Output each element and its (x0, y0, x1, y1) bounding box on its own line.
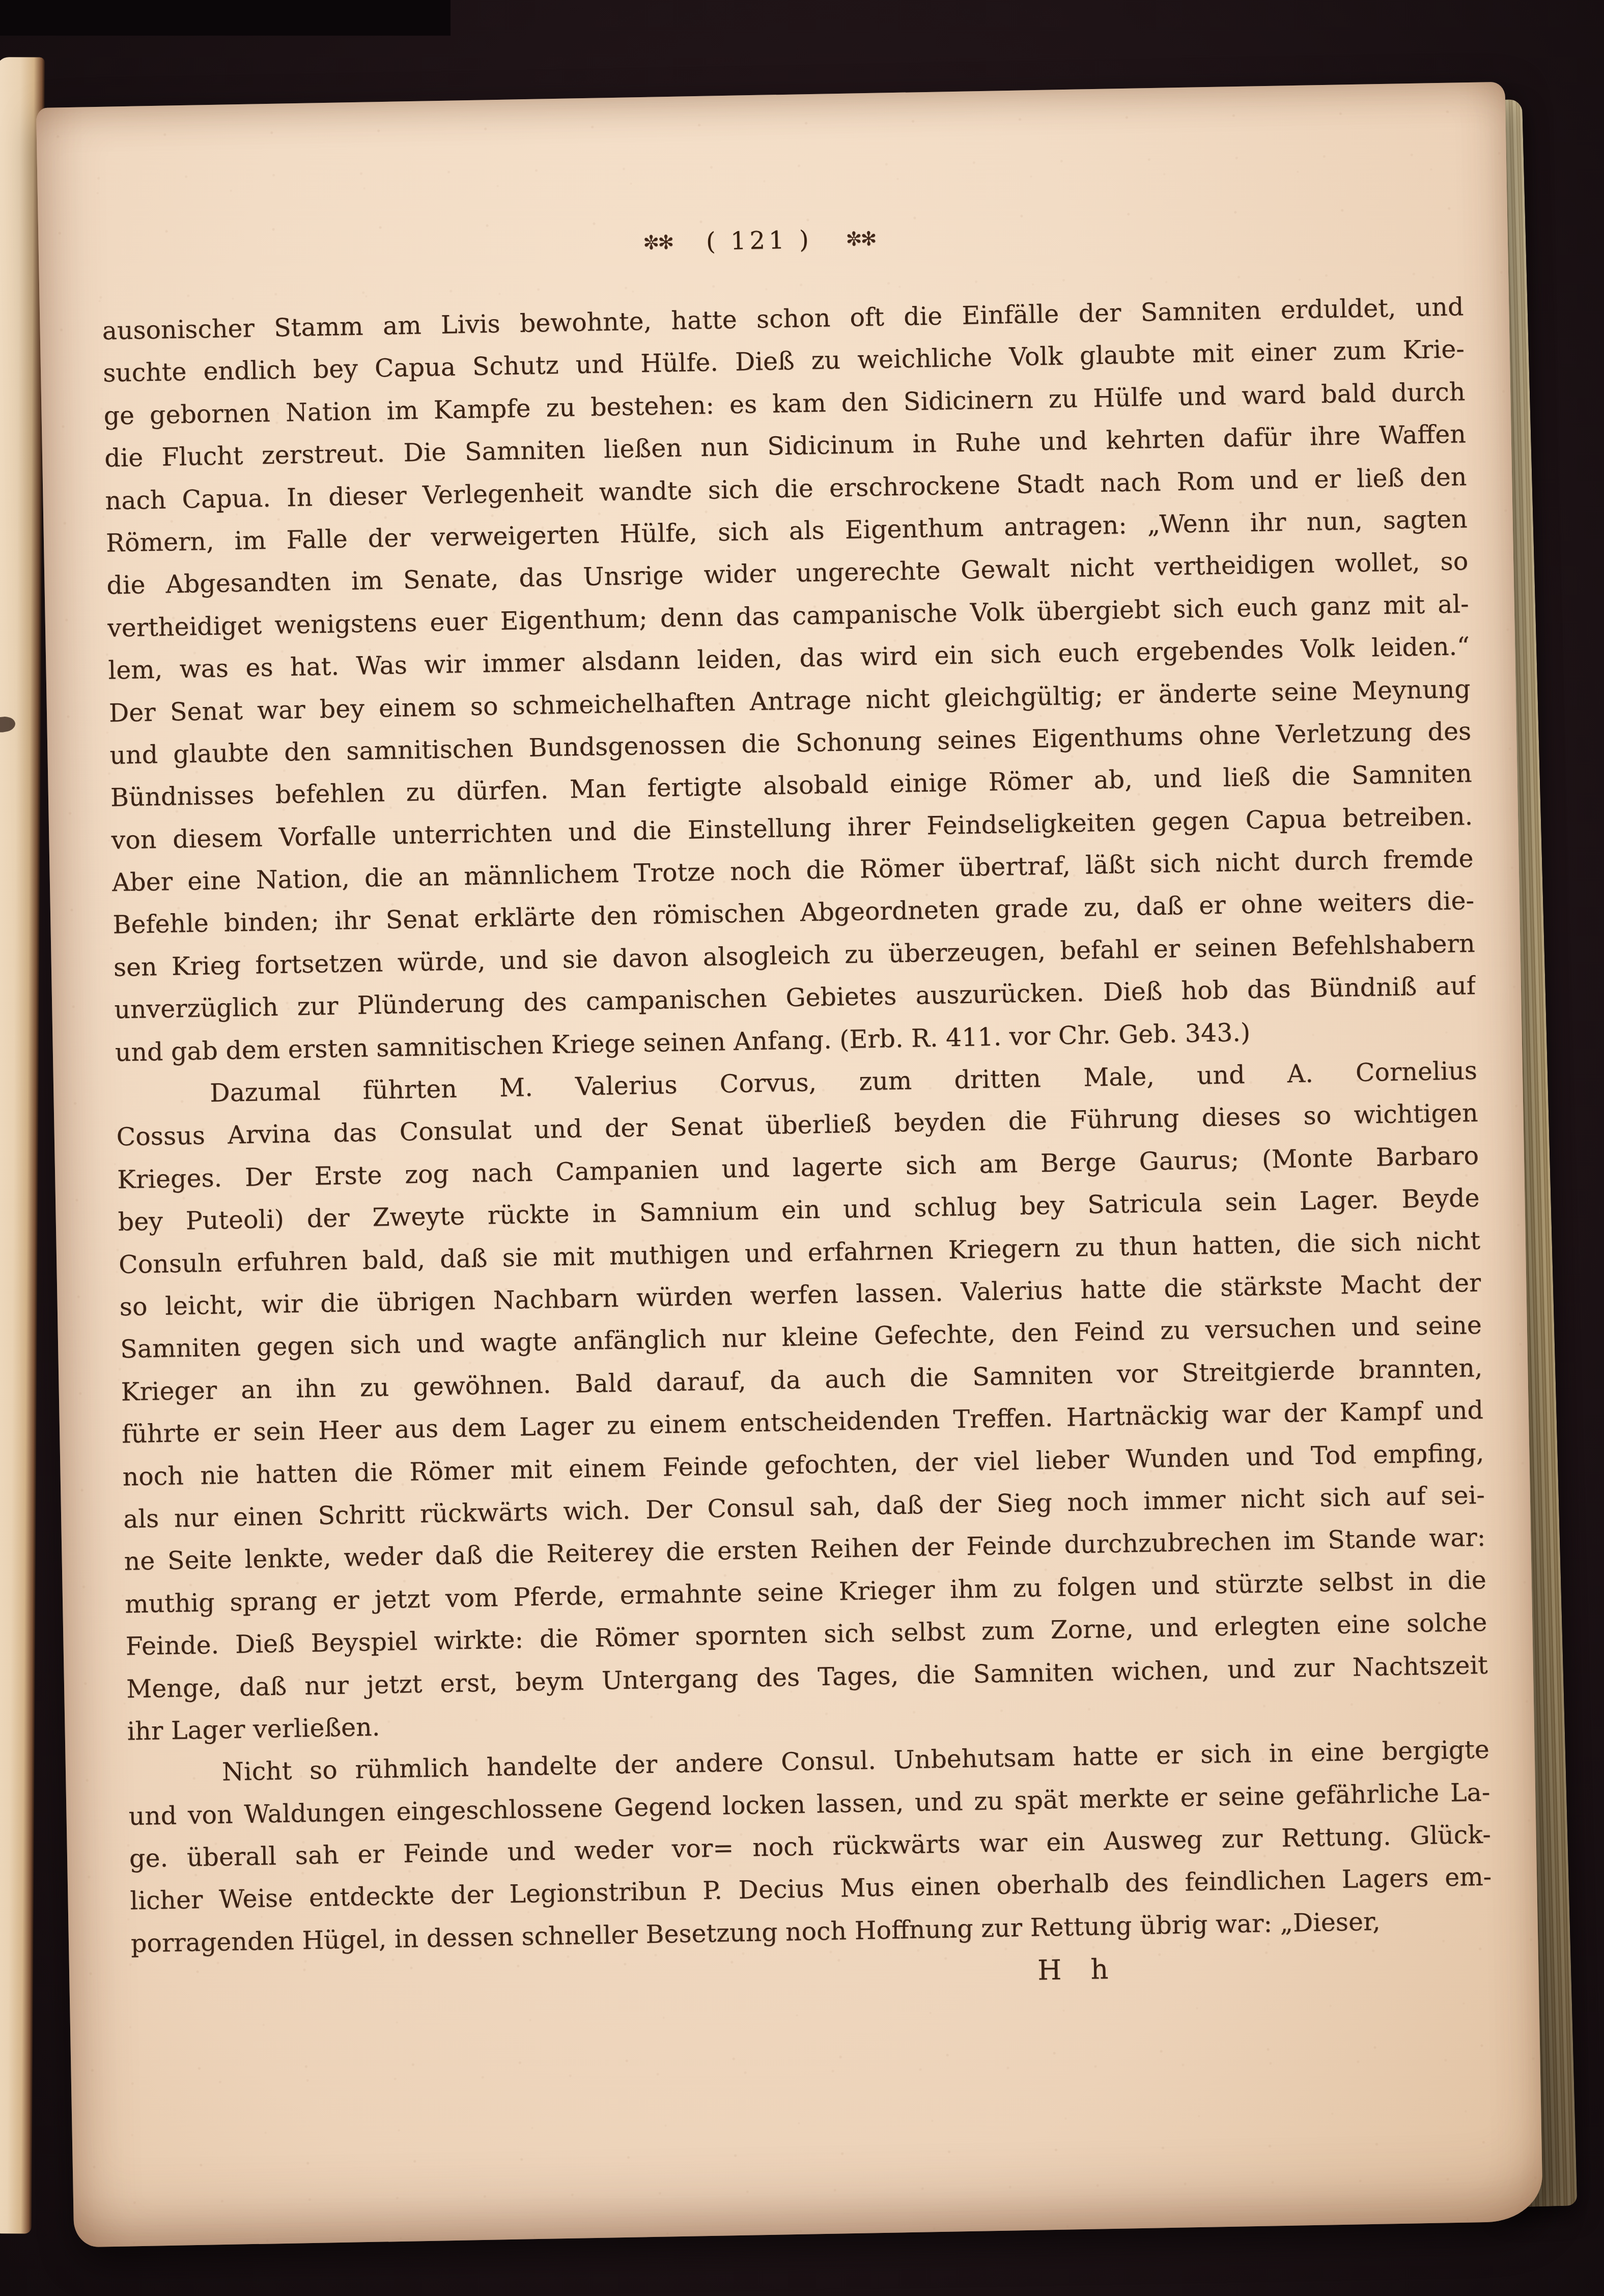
ink-smudge (0, 715, 16, 733)
printer-ornament-left-icon: ✼✻ (643, 231, 672, 254)
binding-shadow-topleft (0, 0, 451, 36)
book-photo: { "page": { "header": { "ornament_left":… (0, 0, 1604, 2296)
text-column: ausonischer Stamm am Livis bewohnte, hat… (102, 286, 1493, 1965)
page-number: ( 121 ) (706, 225, 813, 256)
book-page: ✼✻ ( 121 ) ✼✻ ausonischer Stamm am Livis… (36, 82, 1543, 2248)
page-header: ✼✻ ( 121 ) ✼✻ (643, 224, 876, 257)
signature-mark: H h (1037, 1953, 1119, 1987)
printer-ornament-right-icon: ✼✻ (846, 228, 875, 250)
adjacent-page-edge (0, 57, 45, 2234)
